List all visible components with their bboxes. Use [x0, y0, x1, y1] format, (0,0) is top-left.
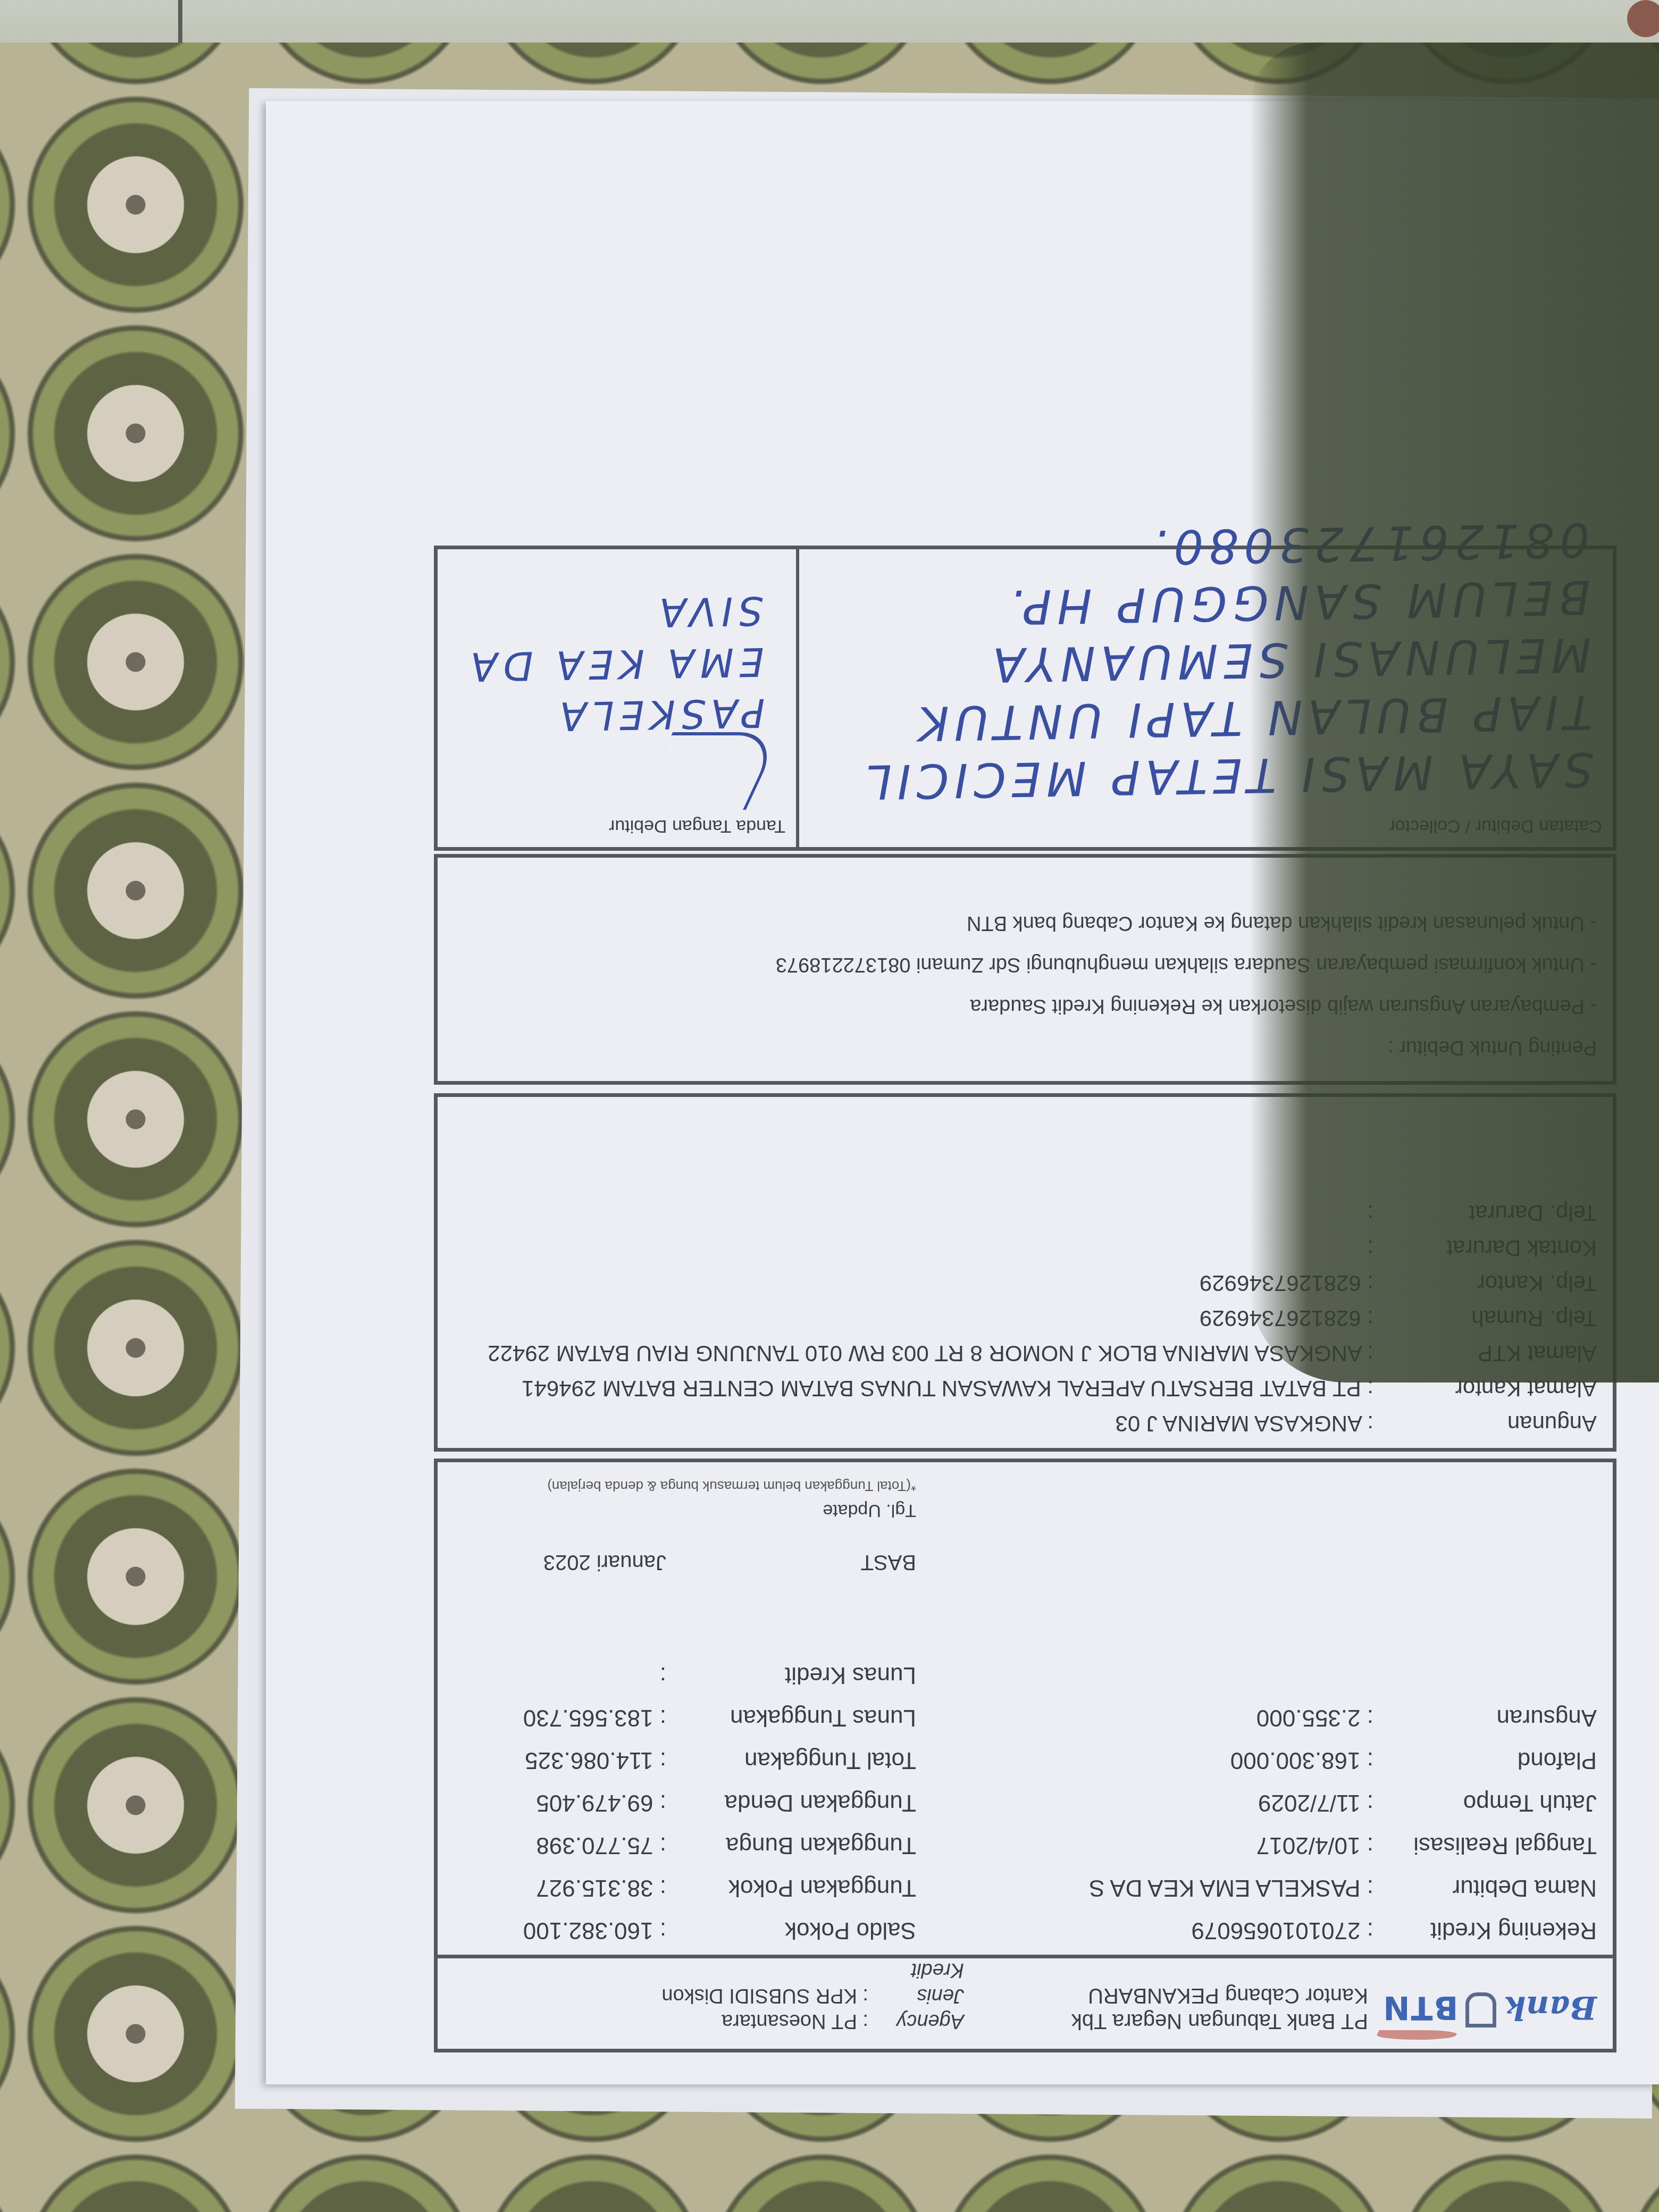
credit-type-value: : KPR SUBSIDI Diskon — [661, 1957, 868, 2008]
field-value: : — [660, 1660, 666, 1690]
agency-value: : PT Noesantara — [722, 2008, 868, 2034]
signature-mark — [636, 732, 782, 810]
agency-block: Agency: PT Noesantara Jenis Kredit: KPR … — [661, 1957, 964, 2034]
notes-title: Penting Untuk Debitur : — [776, 1035, 1597, 1060]
note-item: - Untuk konfirmasi pembayaran Saudara si… — [776, 952, 1597, 977]
field-label: Saldo Pokok — [666, 1915, 916, 1946]
bast-label: BAST — [666, 1550, 916, 1574]
address-row: Alamat KTP: ANGKASA MARINA BLOK J NOMOR … — [470, 1339, 1597, 1367]
letter-header: BankBTN PT Bank Tabungan Negara Tbk Kant… — [434, 1955, 1616, 2052]
field-label: Kontak Darurat — [1373, 1234, 1597, 1262]
address-section: Angunan: ANGKASA MARINA J 03 Alamat Kant… — [434, 1093, 1616, 1452]
info-row: Saldo Pokok: 160.382.100 — [523, 1909, 916, 1951]
btn-logo: BankBTN — [1382, 1989, 1597, 2027]
loan-info-section: Rekening Kredit: 2701010656079 Nama Debi… — [434, 1459, 1616, 1962]
field-value: : 69.479.405 — [536, 1787, 666, 1818]
field-value: : 114.086.325 — [525, 1745, 666, 1775]
bank-name-block: PT Bank Tabungan Negara Tbk Kantor Caban… — [1071, 1983, 1368, 2034]
field-label: Lunas Tunggakan — [666, 1702, 916, 1733]
info-row: Jatuh Tempo: 11/7/2029 — [1089, 1781, 1597, 1824]
debtor-signature-cell: Tanda Tangan Debitur PASKELA EMA KEA DA … — [438, 549, 796, 847]
field-value: : 10/4/2017 — [1256, 1830, 1373, 1861]
field-value: : 6281267346929 — [470, 1269, 1373, 1297]
field-value: : ANGKASA MARINA J 03 — [470, 1410, 1373, 1437]
address-row: Alamat Kantor: PT BATAT BERSATU APERAL K… — [470, 1375, 1597, 1402]
field-label: Angunan — [1373, 1410, 1597, 1437]
field-value: : — [470, 1234, 1373, 1262]
bast-value: Januari 2023 — [543, 1550, 666, 1574]
field-label: Telp. Kantor — [1373, 1269, 1597, 1297]
logo-brand-text: BTN — [1382, 1989, 1458, 2026]
field-value: : 75.770.398 — [536, 1830, 666, 1861]
debtor-signature-label: Tanda Tangan Debitur — [609, 816, 785, 836]
logo-bank-text: Bank — [1504, 1989, 1597, 2026]
bast-row: BASTJanuari 2023 — [543, 1550, 916, 1574]
field-label: Angsuran — [1373, 1702, 1597, 1733]
info-row: Total Tunggakan: 114.086.325 — [523, 1739, 916, 1781]
update-date-label: Tgl. Update — [823, 1500, 916, 1521]
field-value: : 38.315.927 — [536, 1872, 666, 1903]
info-row: Lunas Tunggakan: 183.565.730 — [523, 1696, 916, 1739]
address-row: Telp. Kantor: 6281267346929 — [470, 1269, 1597, 1297]
shield-icon — [1465, 1992, 1496, 2027]
note-item: - Untuk pelunasan kredit silahkan datang… — [776, 911, 1597, 935]
info-row: Nama Debitur: PASKELA EMA KEA DA S — [1089, 1866, 1597, 1909]
field-value: : 6281267346929 — [470, 1304, 1373, 1332]
info-row: Tunggakan Denda: 69.479.405 — [523, 1781, 916, 1824]
agency-label: Agency — [868, 2008, 964, 2034]
important-notes-section: Penting Untuk Debitur : - Pembayaran Ang… — [434, 854, 1616, 1085]
handwritten-note: SAYA MASI TETAP MECICIL TIAP BULAN TAPI … — [812, 510, 1594, 811]
address-row: Angunan: ANGKASA MARINA J 03 — [470, 1410, 1597, 1437]
info-row: Plafond: 168.300.000 — [1089, 1739, 1597, 1781]
field-label: Tunggakan Bunga — [666, 1830, 916, 1861]
arrears-footnote: *(Total Tunggakan belum termasuk bunga &… — [547, 1478, 916, 1494]
document-content-upside-down: BankBTN PT Bank Tabungan Negara Tbk Kant… — [266, 101, 1659, 2084]
branch-name: Kantor Cabang PEKANBARU — [1071, 1983, 1368, 2008]
field-label: Tanggal Realisasi — [1373, 1830, 1597, 1861]
address-row: Telp. Darurat: — [470, 1199, 1597, 1227]
loan-info-left: Rekening Kredit: 2701010656079 Nama Debi… — [1089, 1696, 1597, 1951]
field-label: Lunas Kredit — [666, 1660, 916, 1690]
field-label: Telp. Darurat — [1373, 1199, 1597, 1227]
info-row: Tanggal Realisasi: 10/4/2017 — [1089, 1824, 1597, 1866]
address-row: Kontak Darurat: — [470, 1234, 1597, 1262]
field-label: Telp. Rumah — [1373, 1304, 1597, 1332]
field-value: : PT BATAT BERSATU APERAL KAWASAN TUNAS … — [470, 1375, 1373, 1402]
notes-list: Penting Untuk Debitur : - Pembayaran Ang… — [776, 894, 1597, 1060]
collector-notes-label: Catatan Debitur / Collector — [1389, 816, 1602, 836]
address-row: Telp. Rumah: 6281267346929 — [470, 1304, 1597, 1332]
field-value: : ANGKASA MARINA BLOK J NOMOR 8 RT 003 R… — [470, 1339, 1373, 1367]
field-label: Tunggakan Pokok — [666, 1872, 916, 1903]
document-page: BankBTN PT Bank Tabungan Negara Tbk Kant… — [266, 101, 1659, 2084]
credit-type-label: Jenis Kredit — [868, 1957, 964, 2008]
bank-name: PT Bank Tabungan Negara Tbk — [1071, 2008, 1368, 2034]
address-list: Angunan: ANGKASA MARINA J 03 Alamat Kant… — [470, 1192, 1597, 1437]
field-label: Rekening Kredit — [1373, 1915, 1597, 1946]
handwritten-debtor-name: PASKELA EMA KEA DA SIVA — [437, 585, 766, 744]
info-row: Tunggakan Pokok: 38.315.927 — [523, 1866, 916, 1909]
field-label: Nama Debitur — [1373, 1872, 1597, 1903]
field-label: Total Tunggakan — [666, 1745, 916, 1775]
field-value: : 2701010656079 — [1191, 1915, 1373, 1946]
loan-info-right: Saldo Pokok: 160.382.100 Tunggakan Pokok… — [523, 1654, 916, 1951]
info-row: Rekening Kredit: 2701010656079 — [1089, 1909, 1597, 1951]
info-row: Tunggakan Bunga: 75.770.398 — [523, 1824, 916, 1866]
field-value: : PASKELA EMA KEA DA S — [1089, 1872, 1373, 1903]
info-row: Lunas Kredit: — [523, 1654, 916, 1696]
field-value: : 160.382.100 — [523, 1915, 666, 1946]
field-label: Alamat KTP — [1373, 1339, 1597, 1367]
tile-seam — [178, 0, 182, 48]
note-item: - Pembayaran Angsuran wajib disetorkan k… — [776, 994, 1597, 1018]
field-value: : 11/7/2029 — [1258, 1787, 1373, 1818]
collector-notes-cell: Catatan Debitur / Collector SAYA MASI TE… — [796, 549, 1613, 847]
field-value: : — [470, 1199, 1373, 1227]
field-label: Tunggakan Denda — [666, 1787, 916, 1818]
field-label: Plafond — [1373, 1745, 1597, 1775]
field-label: Alamat Kantor — [1373, 1375, 1597, 1402]
signature-section: Catatan Debitur / Collector SAYA MASI TE… — [434, 546, 1616, 851]
field-value: : 2.355.000 — [1256, 1702, 1373, 1733]
field-label: Jatuh Tempo — [1373, 1787, 1597, 1818]
field-value: : 183.565.730 — [523, 1702, 666, 1733]
field-value: : 168.300.000 — [1230, 1745, 1373, 1775]
info-row: Angsuran: 2.355.000 — [1089, 1696, 1597, 1739]
